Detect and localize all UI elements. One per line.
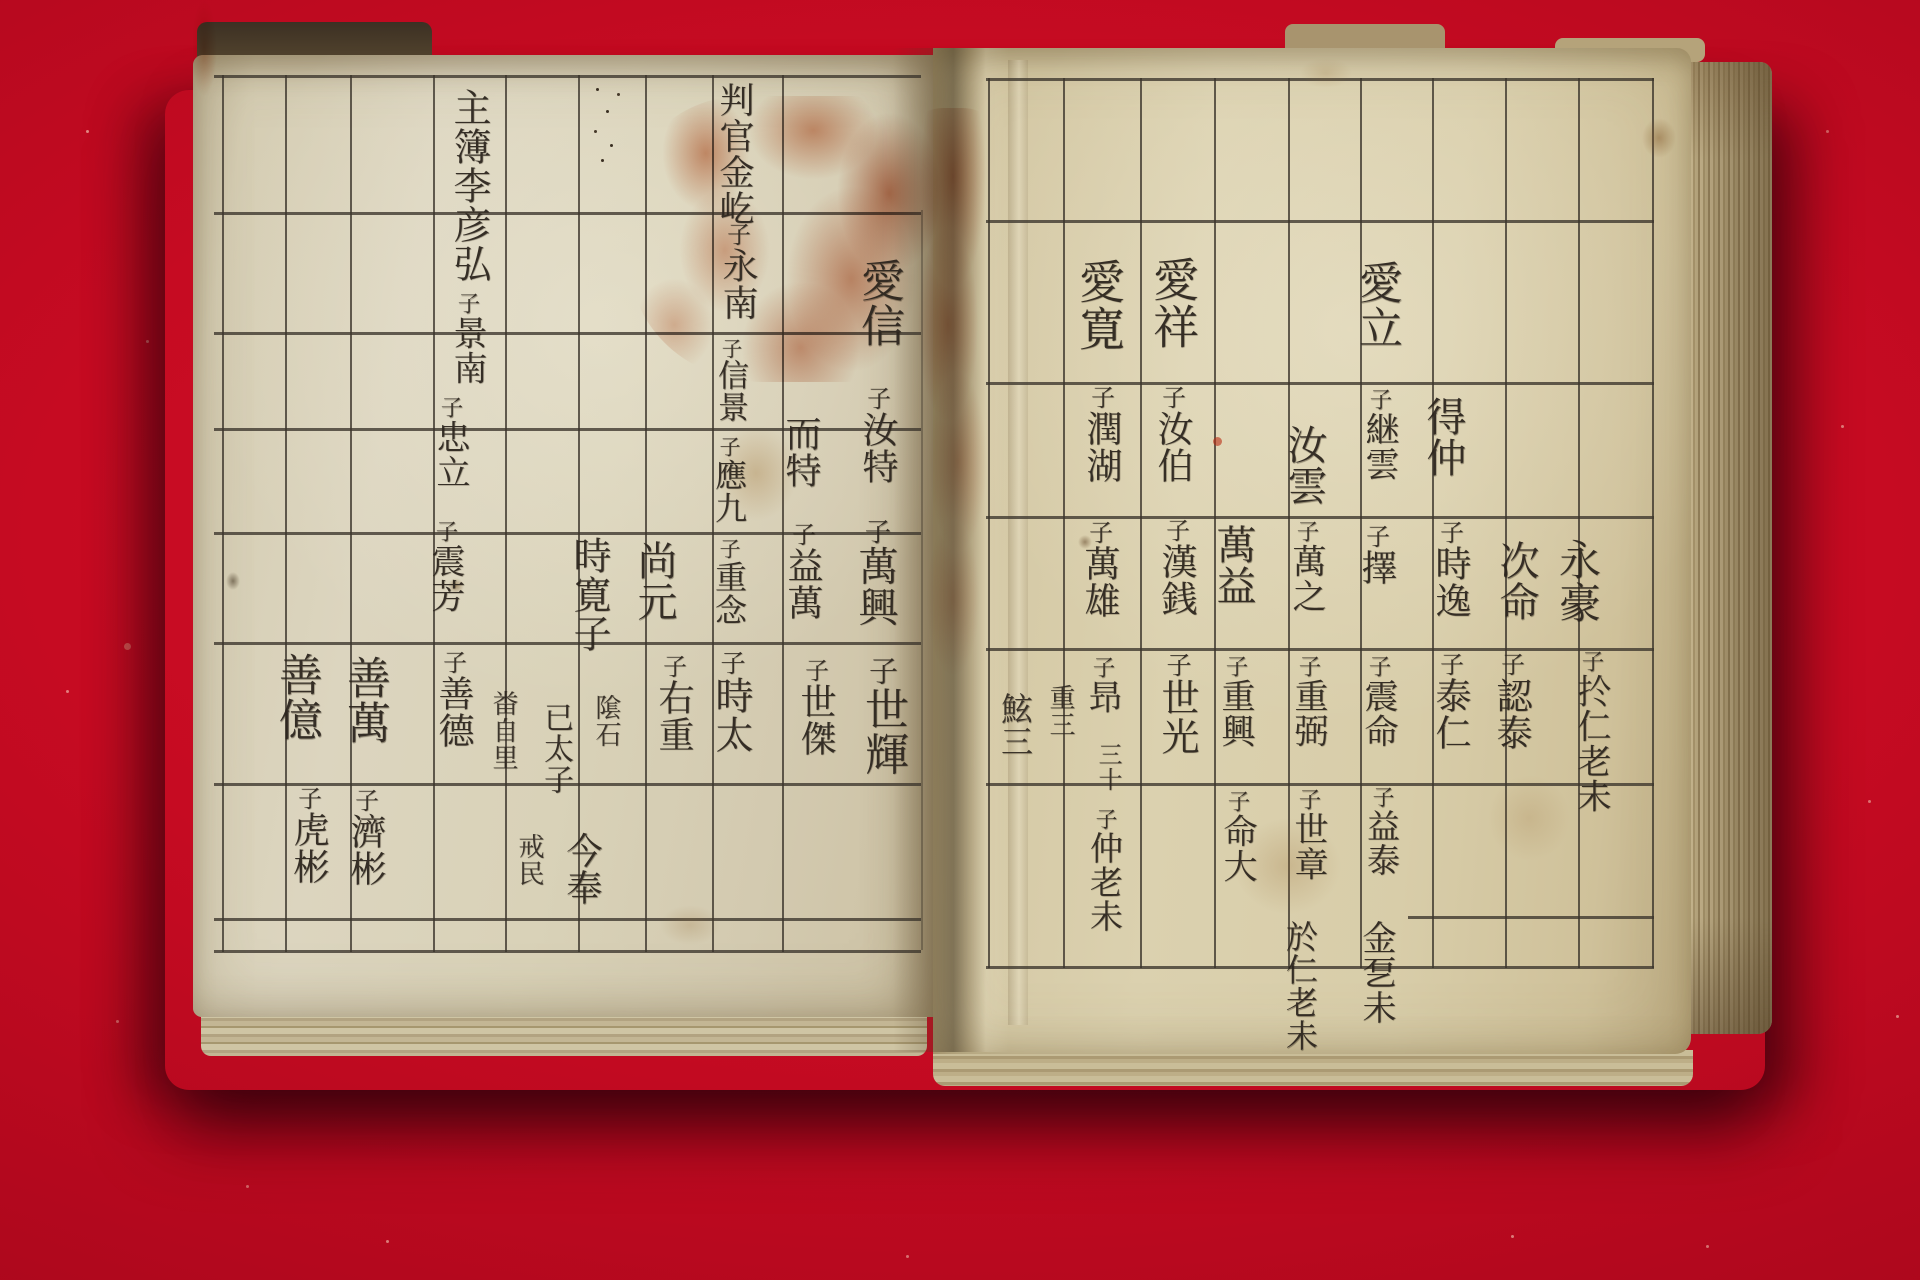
name-entry: 尚元 [634, 540, 674, 622]
name-entry: 時寛子 [570, 536, 608, 653]
name-entry: 子重念 [713, 538, 745, 626]
name-entry: 子汝伯 [1154, 385, 1190, 484]
name-entry: 子益萬 [784, 522, 820, 621]
name-entry: 子擇 [1358, 524, 1394, 586]
son-prefix: 子 [1163, 652, 1192, 678]
name-entry: 子漢銭 [1158, 518, 1194, 617]
name-entry: 子世光 [1158, 652, 1196, 756]
son-prefix: 子 [454, 292, 480, 315]
grid-line [285, 75, 287, 952]
name-entry: 戒民 [516, 833, 542, 887]
name-entry: 善萬 [342, 655, 386, 745]
grid-line [988, 78, 990, 968]
name-entry: 判官金屹 [716, 82, 751, 226]
grid-line [782, 75, 784, 952]
name-entry: 主簿李彦弘 [450, 88, 488, 283]
name-entry: 子萬興 [855, 518, 895, 627]
son-prefix: 子 [1362, 524, 1390, 549]
son-prefix: 子 [1085, 520, 1113, 545]
name-entry: 子震命 [1361, 655, 1395, 748]
name-entry: 子潤湖 [1083, 385, 1119, 484]
name-entry: 子應九 [713, 436, 745, 524]
grid-line [1140, 78, 1142, 968]
son-prefix: 子 [1092, 808, 1117, 831]
name-entry: 汝雲 [1284, 424, 1324, 506]
ink-splatter-dots [596, 88, 599, 91]
grid-line [505, 75, 507, 952]
name-entry: 子忠立 [433, 396, 467, 489]
son-prefix: 子 [860, 518, 891, 545]
name-entry: 子世輝 [860, 656, 904, 776]
grid-line [1505, 78, 1507, 968]
name-entry: 子継雲 [1362, 388, 1396, 481]
page-edges-bottom-right [933, 1050, 1693, 1086]
grid-line [1578, 78, 1580, 968]
name-entry: 善億 [274, 652, 318, 742]
name-entry: 鮌三 [999, 692, 1031, 758]
son-prefix: 子 [723, 222, 751, 247]
name-entry: 子時太 [712, 650, 750, 754]
son-prefix: 子 [865, 656, 899, 686]
son-prefix: 子 [439, 650, 467, 675]
grid-line [214, 950, 921, 953]
name-entry: 而特 [782, 415, 818, 489]
name-entry: 子濟彬 [347, 788, 383, 887]
name-entry: 子萬雄 [1081, 520, 1117, 619]
grid-line [986, 78, 1654, 81]
name-entry: 永豪 [1556, 538, 1598, 624]
son-prefix: 子 [801, 658, 829, 683]
son-prefix: 子 [1224, 790, 1250, 813]
name-entry: 萬益 [1213, 524, 1253, 606]
grid-line [1652, 78, 1654, 968]
name-entry: 子時逸 [1432, 520, 1468, 619]
son-prefix: 子 [718, 338, 742, 359]
son-prefix: 子 [1369, 786, 1394, 809]
name-entry: 愛信 [856, 258, 900, 348]
son-prefix: 子 [659, 654, 687, 679]
son-prefix: 子 [1578, 650, 1604, 673]
page-edges-bottom-left [201, 1012, 927, 1056]
son-prefix: 子 [788, 522, 816, 547]
name-entry: 次命 [1496, 540, 1536, 622]
grid-line [921, 210, 923, 950]
son-prefix: 子 [351, 788, 379, 813]
son-prefix: 子 [1366, 388, 1392, 411]
name-entry: 子世章 [1291, 788, 1325, 881]
son-prefix: 子 [1497, 652, 1525, 677]
grid-line [986, 220, 1654, 223]
grid-line [645, 75, 647, 952]
name-entry: 隂石 [593, 694, 619, 748]
grid-line [214, 918, 921, 921]
son-prefix: 子 [1162, 518, 1190, 543]
grid-line [986, 783, 1654, 786]
name-entry: 子震芳 [428, 520, 462, 613]
genealogy-book-photo: 主簿李彦弘子景南子忠立子震芳子善德善萬子濟彬善億子虎彬畨自里戒民已太子今奉時寛子… [0, 0, 1920, 1280]
name-entry: 子善德 [435, 650, 471, 749]
name-entry: 子世傑 [797, 658, 833, 757]
name-entry: 重三 [1047, 684, 1073, 738]
grid-line [214, 332, 921, 335]
son-prefix: 子 [1436, 520, 1464, 545]
son-prefix: 子 [294, 786, 322, 811]
name-entry: 金乭未 [1359, 920, 1393, 1025]
name-entry: 愛寛 [1076, 258, 1122, 352]
dust-specks [86, 130, 89, 133]
name-entry: 今奉 [563, 832, 599, 906]
son-prefix: 子 [1087, 385, 1115, 410]
grid-line [222, 75, 224, 952]
son-prefix: 子 [1295, 788, 1321, 811]
grid-line [433, 75, 435, 952]
grid-line [986, 516, 1654, 519]
name-entry: 子永南 [719, 222, 755, 321]
son-prefix: 子 [717, 538, 742, 560]
son-prefix: 子 [1222, 655, 1248, 678]
name-entry: 畨自里 [490, 690, 516, 771]
grid-line [1408, 916, 1654, 919]
name-entry: 子仲老未 [1088, 808, 1121, 933]
son-prefix: 子 [1158, 385, 1186, 410]
name-entry: 三十 [1096, 742, 1120, 792]
son-prefix: 子 [1436, 652, 1464, 677]
grid-line [986, 648, 1654, 651]
name-entry: 子認泰 [1493, 652, 1529, 751]
name-entry: 子汝特 [859, 386, 895, 485]
grid-line [578, 75, 580, 952]
name-entry: 子重興 [1218, 655, 1252, 748]
son-prefix: 子 [863, 386, 891, 411]
son-prefix: 子 [1365, 655, 1391, 678]
grid-line [1214, 78, 1216, 968]
name-entry: 愛祥 [1150, 256, 1196, 350]
son-prefix: 子 [1293, 520, 1319, 543]
grid-line [1063, 78, 1065, 968]
son-prefix: 子 [717, 436, 742, 458]
name-entry: 子益泰 [1365, 786, 1398, 877]
name-entry: 已太子 [540, 702, 570, 795]
son-prefix: 子 [1089, 656, 1115, 679]
name-entry: 子右重 [655, 654, 691, 753]
name-entry: 子景南 [450, 292, 484, 385]
name-entry: 子信景 [714, 338, 745, 423]
name-entry: 子虎彬 [290, 786, 326, 885]
name-entry: 得仲 [1423, 396, 1463, 478]
son-prefix: 子 [717, 650, 746, 676]
name-entry: 子命大 [1220, 790, 1254, 883]
name-entry: 子萬之 [1289, 520, 1323, 613]
name-entry: 子泰仁 [1432, 652, 1468, 751]
son-prefix: 子 [432, 520, 458, 543]
name-entry: 子昻 [1085, 656, 1119, 714]
name-entry: 於仁老未 [1284, 920, 1316, 1052]
son-prefix: 子 [1295, 655, 1321, 678]
page-stack-fore-edge [1690, 62, 1772, 1034]
name-entry: 子重弼 [1291, 655, 1325, 748]
name-entry: 子扵仁老未 [1574, 650, 1608, 813]
grid-line [986, 966, 1654, 969]
name-entry: 愛立 [1354, 260, 1398, 350]
grid-line [214, 212, 921, 215]
son-prefix: 子 [437, 396, 463, 419]
grid-line [214, 75, 921, 78]
